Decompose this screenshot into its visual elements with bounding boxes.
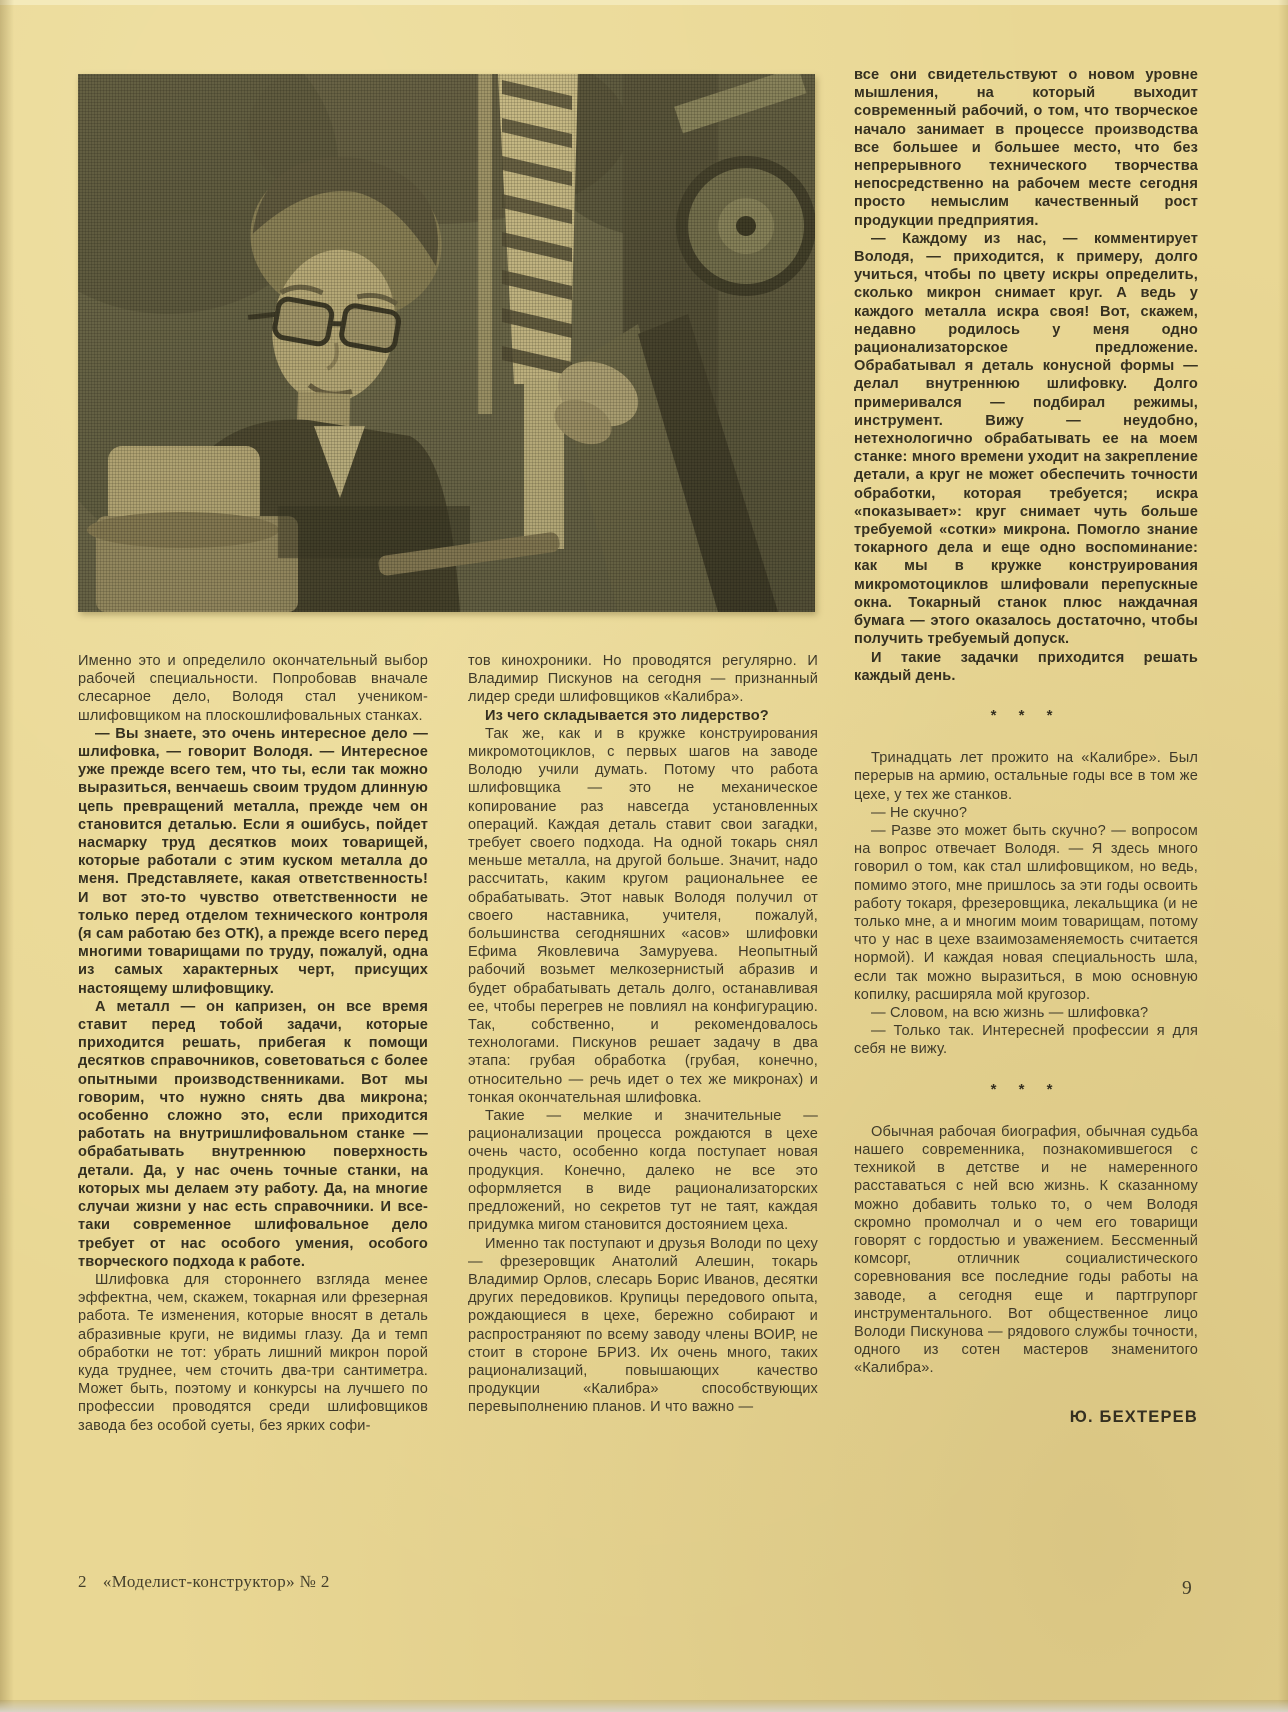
article-paragraph-quote: — Каждому из нас, — комментирует Володя,… xyxy=(854,230,1198,649)
page-edge-left xyxy=(0,0,14,1712)
section-separator: * * * xyxy=(854,707,1198,725)
article-paragraph: тов кинохроники. Но проводятся регулярно… xyxy=(468,652,818,707)
article-paragraph: Так же, как и в кружке конструирования м… xyxy=(468,725,818,1107)
article-paragraph-dialogue: — Разве это может быть скучно? — вопросо… xyxy=(854,822,1198,1004)
column-middle: тов кинохроники. Но проводятся регулярно… xyxy=(468,652,818,1417)
magazine-page: Именно это и определило окончательный вы… xyxy=(0,0,1288,1712)
article-paragraph: Шлифовка для стороннего взгляда менее эф… xyxy=(78,1271,428,1435)
page-edge-top xyxy=(0,0,1288,5)
article-photo xyxy=(78,74,815,612)
author-byline: Ю. БЕХТЕРЕВ xyxy=(854,1408,1198,1426)
footer-imprint: 2«Моделист-конструктор» № 2 xyxy=(78,1572,330,1592)
column-left: Именно это и определило окончательный вы… xyxy=(78,652,428,1435)
article-paragraph-quote: — Вы знаете, это очень интересное дело —… xyxy=(78,725,428,998)
article-paragraph-quote: А металл — он капризен, он все время ста… xyxy=(78,998,428,1271)
article-paragraph: Тринадцать лет прожито на «Калибре». Был… xyxy=(854,749,1198,804)
page-edge-bottom xyxy=(0,1700,1288,1712)
page-edge-right xyxy=(1278,0,1288,1712)
article-paragraph-dialogue: — Не скучно? xyxy=(854,804,1198,822)
section-separator: * * * xyxy=(854,1081,1198,1099)
article-paragraph: Именно так поступают и друзья Володи по … xyxy=(468,1235,818,1417)
halftone-photo-illustration xyxy=(78,74,815,612)
column-right: все они свидетельствуют о новом уровне м… xyxy=(854,66,1198,1426)
article-paragraph-dialogue: — Словом, на всю жизнь — шлифовка? xyxy=(854,1004,1198,1022)
page-number: 9 xyxy=(1182,1578,1192,1600)
article-paragraph-quote: все они свидетельствуют о новом уровне м… xyxy=(854,66,1198,230)
article-paragraph-dialogue: — Только так. Интересней профессии я для… xyxy=(854,1022,1198,1058)
imprint-text: «Моделист-конструктор» № 2 xyxy=(103,1572,330,1591)
article-paragraph-question: Из чего складывается это лидерство? xyxy=(468,707,818,725)
article-paragraph: Такие — мелкие и значительные — рационал… xyxy=(468,1107,818,1234)
article-paragraph: Именно это и определило окончательный вы… xyxy=(78,652,428,725)
article-paragraph: Обычная рабочая биография, обычная судьб… xyxy=(854,1123,1198,1378)
signature-number: 2 xyxy=(78,1572,87,1592)
article-paragraph-quote: И такие задачки приходится решать каждый… xyxy=(854,649,1198,685)
